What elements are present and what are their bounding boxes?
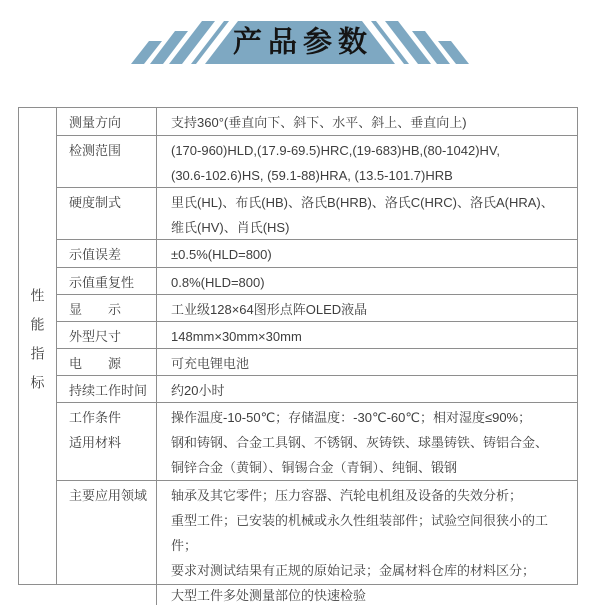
row-label: 持续工作时间 [57, 376, 157, 402]
row-label: 示值重复性 [57, 268, 157, 294]
row-value: ±0.5%(HLD=800) [157, 240, 577, 267]
row-value: 工业级128×64图形点阵OLED液晶 [157, 295, 577, 321]
product-parameters-page: 产品参数 性能指标 测量方向 支持360°(垂直向下、斜下、水平、斜上、垂直向上… [0, 0, 600, 605]
row-label: 主要应用领域 [57, 481, 157, 605]
row-value: 0.8%(HLD=800) [157, 268, 577, 294]
table-row: 示值误差 ±0.5%(HLD=800) [57, 240, 577, 268]
row-value: 支持360°(垂直向下、斜下、水平、斜上、垂直向上) [157, 108, 577, 135]
row-value: 轴承及其它零件；压力容器、汽轮电机组及设备的失效分析； 重型工件；已安装的机械或… [157, 481, 577, 605]
row-value: (170-960)HLD,(17.9-69.5)HRC,(19-683)HB,(… [157, 136, 577, 187]
table-row: 显 示 工业级128×64图形点阵OLED液晶 [57, 295, 577, 322]
row-value: 可充电锂电池 [157, 349, 577, 375]
spec-table: 性能指标 测量方向 支持360°(垂直向下、斜下、水平、斜上、垂直向上) 检测范… [18, 107, 578, 585]
spec-rows: 测量方向 支持360°(垂直向下、斜下、水平、斜上、垂直向上) 检测范围 (17… [57, 108, 577, 584]
row-label: 显 示 [57, 295, 157, 321]
table-side-column: 性能指标 [19, 108, 57, 584]
side-label-performance-indicators: 性能指标 [31, 288, 45, 404]
table-row: 主要应用领域 轴承及其它零件；压力容器、汽轮电机组及设备的失效分析； 重型工件；… [57, 481, 577, 605]
row-value: 约20小时 [157, 376, 577, 402]
table-row: 测量方向 支持360°(垂直向下、斜下、水平、斜上、垂直向上) [57, 108, 577, 136]
row-label: 示值误差 [57, 240, 157, 267]
row-value: 148mm×30mm×30mm [157, 322, 577, 348]
table-row: 示值重复性 0.8%(HLD=800) [57, 268, 577, 295]
section-title: 产品参数 [227, 20, 373, 61]
table-row: 工作条件 适用材料 操作温度-10-50℃；存储温度：-30℃-60℃；相对湿度… [57, 403, 577, 481]
table-row: 持续工作时间 约20小时 [57, 376, 577, 403]
row-value: 操作温度-10-50℃；存储温度：-30℃-60℃；相对湿度≤90%； 钢和铸钢… [157, 403, 577, 480]
table-row: 电 源 可充电锂电池 [57, 349, 577, 376]
row-label: 测量方向 [57, 108, 157, 135]
row-label: 外型尺寸 [57, 322, 157, 348]
table-row: 硬度制式 里氏(HL)、布氏(HB)、洛氏B(HRB)、洛氏C(HRC)、洛氏A… [57, 188, 577, 240]
row-label: 检测范围 [57, 136, 157, 187]
table-row: 检测范围 (170-960)HLD,(17.9-69.5)HRC,(19-683… [57, 136, 577, 188]
section-header-banner: 产品参数 [0, 17, 600, 65]
row-value: 里氏(HL)、布氏(HB)、洛氏B(HRB)、洛氏C(HRC)、洛氏A(HRA)… [157, 188, 577, 239]
table-row: 外型尺寸 148mm×30mm×30mm [57, 322, 577, 349]
row-label: 工作条件 适用材料 [57, 403, 157, 480]
row-label: 硬度制式 [57, 188, 157, 239]
row-label: 电 源 [57, 349, 157, 375]
